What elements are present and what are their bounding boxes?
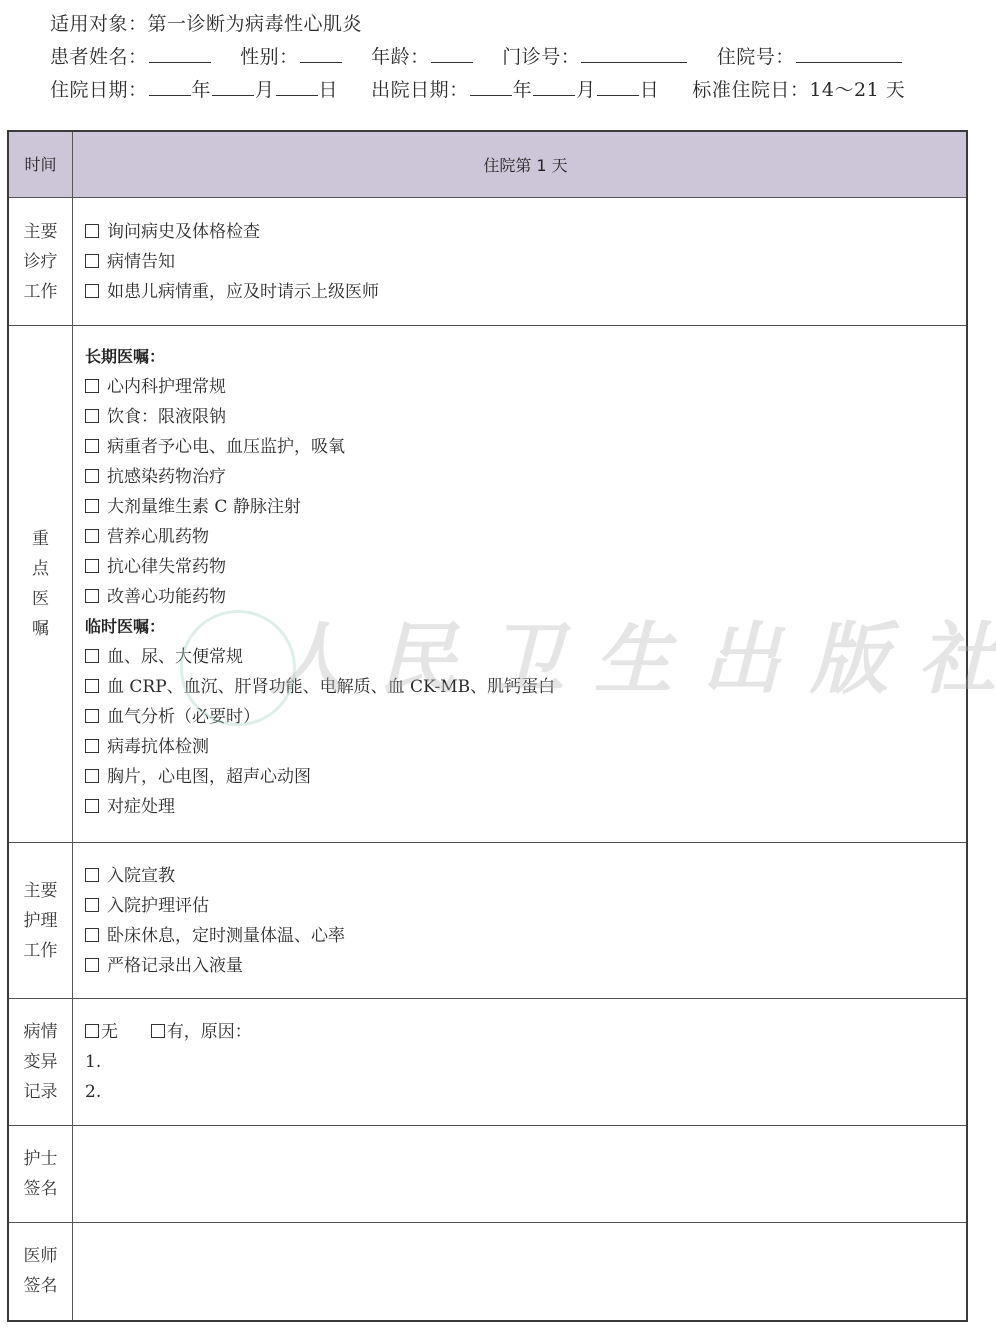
table-row-doctor-signature: 医师 签名	[8, 1223, 967, 1321]
patient-name-blank[interactable]	[149, 42, 211, 63]
checkbox-icon[interactable]	[85, 1024, 99, 1038]
inpatient-no-blank[interactable]	[796, 42, 902, 63]
table-row-nurse-signature: 护士 签名	[8, 1126, 967, 1223]
admission-year-blank[interactable]	[149, 75, 191, 96]
gender-field[interactable]: 性别：	[240, 41, 343, 74]
option-yes[interactable]: 有，原因：	[151, 1022, 252, 1042]
checkbox-icon[interactable]	[85, 559, 99, 573]
variation-line-1[interactable]: 1.	[85, 1047, 966, 1077]
checkbox-icon[interactable]	[85, 529, 99, 543]
doctor-signature-field[interactable]	[73, 1223, 968, 1321]
checkbox-icon[interactable]	[85, 439, 99, 453]
outpatient-no-blank[interactable]	[581, 42, 687, 63]
row-content: 长期医嘱： 心内科护理常规 饮食：限液限钠 病重者予心电、血压监护，吸氧 抗感染…	[73, 326, 968, 843]
clinical-pathway-table: 时间 住院第 1 天 主要 诊疗 工作 询问病史及体格检查 病情告知 如患儿病情…	[7, 130, 968, 1322]
row-content: 询问病史及体格检查 病情告知 如患儿病情重，应及时请示上级医师	[73, 198, 968, 326]
discharge-year-blank[interactable]	[470, 75, 512, 96]
row-label: 主要 诊疗 工作	[8, 198, 73, 326]
checkbox-icon[interactable]	[85, 928, 99, 942]
checklist-item[interactable]: 对症处理	[85, 792, 966, 822]
checkbox-icon[interactable]	[85, 379, 99, 393]
age-field[interactable]: 年龄：	[371, 41, 474, 74]
table-row-variation-record: 病情 变异 记录 无 有，原因： 1. 2.	[8, 999, 967, 1126]
table-header-row: 时间 住院第 1 天	[8, 131, 967, 198]
row-content: 无 有，原因： 1. 2.	[73, 999, 968, 1126]
checkbox-icon[interactable]	[85, 799, 99, 813]
checklist-item[interactable]: 病重者予心电、血压监护，吸氧	[85, 432, 966, 462]
temporary-orders-title: 临时医嘱：	[85, 612, 966, 642]
checklist-item[interactable]: 血、尿、大便常规	[85, 642, 966, 672]
variation-line-2[interactable]: 2.	[85, 1077, 966, 1107]
checkbox-icon[interactable]	[85, 254, 99, 268]
patient-info-line: 患者姓名： 性别： 年龄： 门诊号： 住院号：	[50, 41, 925, 74]
checkbox-icon[interactable]	[85, 868, 99, 882]
outpatient-no-field[interactable]: 门诊号：	[502, 41, 688, 74]
checklist-item[interactable]: 入院护理评估	[85, 891, 966, 921]
checklist-item[interactable]: 营养心肌药物	[85, 522, 966, 552]
checklist-item[interactable]: 心内科护理常规	[85, 372, 966, 402]
checkbox-icon[interactable]	[151, 1024, 165, 1038]
inpatient-no-field[interactable]: 住院号：	[717, 41, 903, 74]
checklist-item[interactable]: 入院宣教	[85, 861, 966, 891]
checklist-item[interactable]: 血气分析（必要时）	[85, 702, 966, 732]
checkbox-icon[interactable]	[85, 589, 99, 603]
checklist-item[interactable]: 询问病史及体格检查	[85, 217, 966, 247]
checkbox-icon[interactable]	[85, 649, 99, 663]
table-row-nursing-work: 主要 护理 工作 入院宣教 入院护理评估 卧床休息，定时测量体温、心率 严格记录…	[8, 843, 967, 999]
checklist-item[interactable]: 改善心功能药物	[85, 582, 966, 612]
row-label: 病情 变异 记录	[8, 999, 73, 1126]
checkbox-icon[interactable]	[85, 469, 99, 483]
discharge-month-blank[interactable]	[533, 75, 575, 96]
checkbox-icon[interactable]	[85, 958, 99, 972]
applicable-line: 适用对象：第一诊断为病毒性心肌炎	[50, 8, 925, 41]
checklist-item[interactable]: 抗感染药物治疗	[85, 462, 966, 492]
row-label: 医师 签名	[8, 1223, 73, 1321]
checklist-item[interactable]: 病毒抗体检测	[85, 732, 966, 762]
checkbox-icon[interactable]	[85, 898, 99, 912]
discharge-date-label: 出院日期：	[371, 79, 469, 101]
checkbox-icon[interactable]	[85, 769, 99, 783]
row-label: 重 点 医 嘱	[8, 326, 73, 843]
standard-stay: 标准住院日：14～21 天	[692, 79, 905, 101]
row-label: 护士 签名	[8, 1126, 73, 1223]
checkbox-icon[interactable]	[85, 284, 99, 298]
patient-name-field[interactable]: 患者姓名：	[50, 41, 212, 74]
checklist-item[interactable]: 严格记录出入液量	[85, 951, 966, 981]
checklist-item[interactable]: 饮食：限液限钠	[85, 402, 966, 432]
checkbox-icon[interactable]	[85, 409, 99, 423]
admission-day-blank[interactable]	[276, 75, 318, 96]
checkbox-icon[interactable]	[85, 709, 99, 723]
day-header: 住院第 1 天	[73, 131, 968, 198]
time-header: 时间	[8, 131, 73, 198]
form-header: 适用对象：第一诊断为病毒性心肌炎 患者姓名： 性别： 年龄： 门诊号： 住院号：…	[50, 8, 925, 107]
table-row-diagnosis-work: 主要 诊疗 工作 询问病史及体格检查 病情告知 如患儿病情重，应及时请示上级医师	[8, 198, 967, 326]
admission-date-label: 住院日期：	[50, 79, 148, 101]
age-blank[interactable]	[431, 42, 473, 63]
checklist-item[interactable]: 卧床休息，定时测量体温、心率	[85, 921, 966, 951]
checklist-item[interactable]: 大剂量维生素 C 静脉注射	[85, 492, 966, 522]
row-label: 主要 护理 工作	[8, 843, 73, 999]
gender-blank[interactable]	[300, 42, 342, 63]
row-content: 入院宣教 入院护理评估 卧床休息，定时测量体温、心率 严格记录出入液量	[73, 843, 968, 999]
discharge-day-blank[interactable]	[597, 75, 639, 96]
checklist-item[interactable]: 胸片，心电图，超声心动图	[85, 762, 966, 792]
dates-line: 住院日期：年月日 出院日期：年月日 标准住院日：14～21 天	[50, 74, 925, 107]
checkbox-icon[interactable]	[85, 499, 99, 513]
checklist-item[interactable]: 病情告知	[85, 247, 966, 277]
table-row-key-orders: 重 点 医 嘱 长期医嘱： 心内科护理常规 饮食：限液限钠 病重者予心电、血压监…	[8, 326, 967, 843]
option-none[interactable]: 无	[85, 1022, 118, 1042]
checklist-item[interactable]: 血 CRP、血沉、肝肾功能、电解质、血 CK-MB、肌钙蛋白	[85, 672, 966, 702]
checkbox-icon[interactable]	[85, 679, 99, 693]
nurse-signature-field[interactable]	[73, 1126, 968, 1223]
long-term-orders-title: 长期医嘱：	[85, 342, 966, 372]
admission-month-blank[interactable]	[212, 75, 254, 96]
checklist-item[interactable]: 抗心律失常药物	[85, 552, 966, 582]
checkbox-icon[interactable]	[85, 224, 99, 238]
checklist-item[interactable]: 如患儿病情重，应及时请示上级医师	[85, 277, 966, 307]
variation-options: 无 有，原因：	[85, 1017, 966, 1047]
checkbox-icon[interactable]	[85, 739, 99, 753]
